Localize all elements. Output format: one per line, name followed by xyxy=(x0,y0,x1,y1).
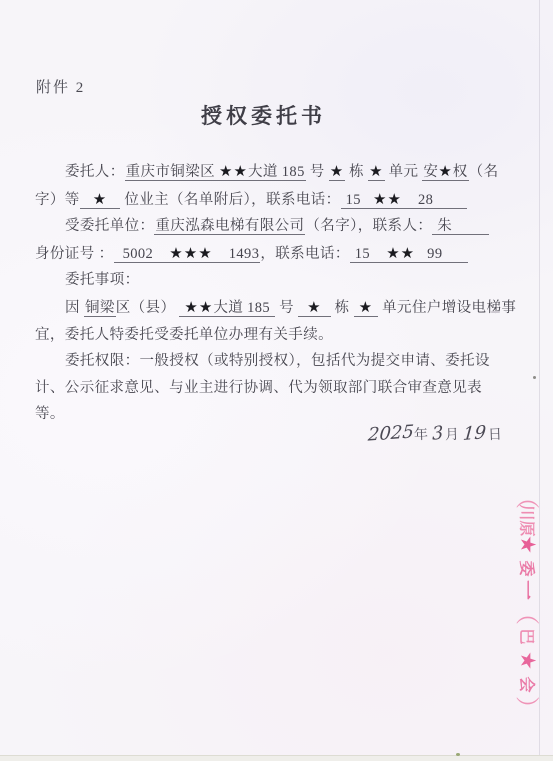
filled-blank: 朱 xyxy=(432,218,489,235)
stamp-fragment: （ xyxy=(516,601,538,625)
text-segment: 受委托单位： xyxy=(65,218,154,234)
stamp-star-icon: ★ xyxy=(515,535,538,554)
stamp-fragment: 委 xyxy=(517,560,536,576)
doc-line: 计、公示征求意见、与业主进行协调、代为领取部门联合审查意见表 xyxy=(35,375,517,402)
masking-star: ★ xyxy=(438,162,452,180)
filled-blank: 15 ★★ 28 xyxy=(341,192,467,209)
masking-star: ★ xyxy=(330,162,344,180)
masking-star: ★ xyxy=(169,244,183,262)
doc-line: 字）等 ★ 位业主（名单附后），联系电话： 15 ★★ 28 xyxy=(35,186,517,214)
date-month: 3 xyxy=(431,422,443,445)
masking-star: ★ xyxy=(234,162,248,180)
text-segment: （名 xyxy=(469,164,499,180)
paper-fold-line xyxy=(539,0,540,761)
text-segment: 委托事项： xyxy=(65,272,140,288)
scan-bottom-edge xyxy=(0,755,553,761)
doc-line: 宜，委托人特委托受委托单位办理有关手续。 xyxy=(35,322,517,349)
masking-star: ★ xyxy=(359,298,373,316)
text-segment: 号 xyxy=(275,300,298,316)
text-segment: 位业主（名单附后），联系电话： xyxy=(120,192,340,208)
text-segment: 单元住户增设电梯事 xyxy=(378,300,516,316)
masking-star: ★ xyxy=(184,244,198,262)
doc-line: 委托权限：一般授权（或特别授权），包括代为提交申请、委托设 xyxy=(35,348,517,375)
scan-speck xyxy=(456,753,460,756)
masking-star: ★ xyxy=(184,298,198,316)
text-segment: 栋 xyxy=(331,300,354,316)
page-title: 授权委托书 xyxy=(0,100,527,130)
stamp-fragment: ） xyxy=(516,696,538,720)
text-segment: 单元 xyxy=(385,164,423,180)
doc-line: 委托人：重庆市铜梁区 ★★大道 185 号 ★ 栋 ★ 单元 安★权（名 xyxy=(35,158,517,186)
text-segment: 宜，委托人特委托受委托单位办理有关手续。 xyxy=(35,327,333,343)
text-segment: 委托权限：一般授权（或特别授权），包括代为提交申请、委托设 xyxy=(65,353,490,369)
stamp-fragment: 川原 xyxy=(517,504,536,536)
date-day-label: 日 xyxy=(488,424,505,445)
filled-blank: 15 ★★ 99 xyxy=(350,246,468,263)
date-line: 2025年3月19日 xyxy=(368,423,504,444)
masking-star: ★ xyxy=(386,244,400,262)
text-segment: 区（县） xyxy=(116,300,180,316)
date-year: 2025 xyxy=(367,421,414,445)
filled-blank: ★ xyxy=(80,192,121,209)
filled-blank: ★★大道 185 xyxy=(179,300,275,317)
masking-star: ★ xyxy=(373,190,387,208)
masking-star: ★ xyxy=(199,298,213,316)
stamp-fragment: 巴 xyxy=(517,628,536,644)
text-segment: ，联系电话： xyxy=(260,246,349,262)
filled-blank: 重庆市铜梁区 ★★大道 185 xyxy=(125,164,306,181)
doc-line: 身份证号 ： 5002 ★★★ 1493，联系电话： 15 ★★ 99 xyxy=(35,240,517,268)
document-body: 委托人：重庆市铜梁区 ★★大道 185 号 ★ 栋 ★ 单元 安★权（名字）等 … xyxy=(35,158,517,428)
stamp-fragment: 会 xyxy=(517,676,536,692)
doc-line: 委托事项： xyxy=(35,267,517,294)
filled-blank: 重庆泓森电梯有限公司 xyxy=(154,218,305,235)
stamp-star-icon: ★ xyxy=(515,651,538,670)
date-day: 19 xyxy=(462,422,487,445)
masking-star: ★ xyxy=(93,190,107,208)
text-segment: （名字），联系人： xyxy=(305,218,432,234)
text-segment: 号 xyxy=(306,164,329,180)
text-segment: 因 xyxy=(65,300,84,316)
text-segment: 身份证号 ： xyxy=(35,246,114,262)
filled-blank: ★ xyxy=(368,164,384,181)
text-segment: 等。 xyxy=(35,406,65,422)
filled-blank: 5002 ★★★ 1493 xyxy=(114,246,261,263)
text-segment: 计、公示征求意见、与业主进行协调、代为领取部门联合审查意见表 xyxy=(35,380,482,396)
masking-star: ★ xyxy=(401,244,415,262)
date-month-label: 月 xyxy=(445,424,462,445)
doc-line: 受委托单位：重庆泓森电梯有限公司（名字），联系人： 朱 xyxy=(35,213,517,240)
filled-blank: ★ xyxy=(354,300,379,317)
masking-star: ★ xyxy=(387,190,401,208)
doc-line: 因 铜梁区（县） ★★大道 185 号 ★ 栋 ★ 单元住户增设电梯事 xyxy=(35,294,517,322)
attachment-label: 附件 2 xyxy=(36,76,85,97)
date-year-label: 年 xyxy=(413,424,430,445)
text-segment: 栋 xyxy=(345,164,368,180)
scan-speck xyxy=(533,376,536,379)
filled-blank: 铜梁 xyxy=(84,300,116,317)
text-segment: 字）等 xyxy=(35,192,80,208)
masking-star: ★ xyxy=(219,162,233,180)
filled-blank: ★ xyxy=(298,300,331,317)
masking-star: ★ xyxy=(198,244,212,262)
filled-blank: ★ xyxy=(329,164,345,181)
filled-blank: 安★权 xyxy=(422,164,468,181)
stamp-fragment: 一 xyxy=(518,580,536,600)
scanned-page: 附件 2 授权委托书 委托人：重庆市铜梁区 ★★大道 185 号 ★ 栋 ★ 单… xyxy=(0,0,553,761)
masking-star: ★ xyxy=(369,162,383,180)
masking-star: ★ xyxy=(307,298,321,316)
text-segment: 委托人： xyxy=(65,164,125,180)
scan-speck xyxy=(491,311,500,313)
